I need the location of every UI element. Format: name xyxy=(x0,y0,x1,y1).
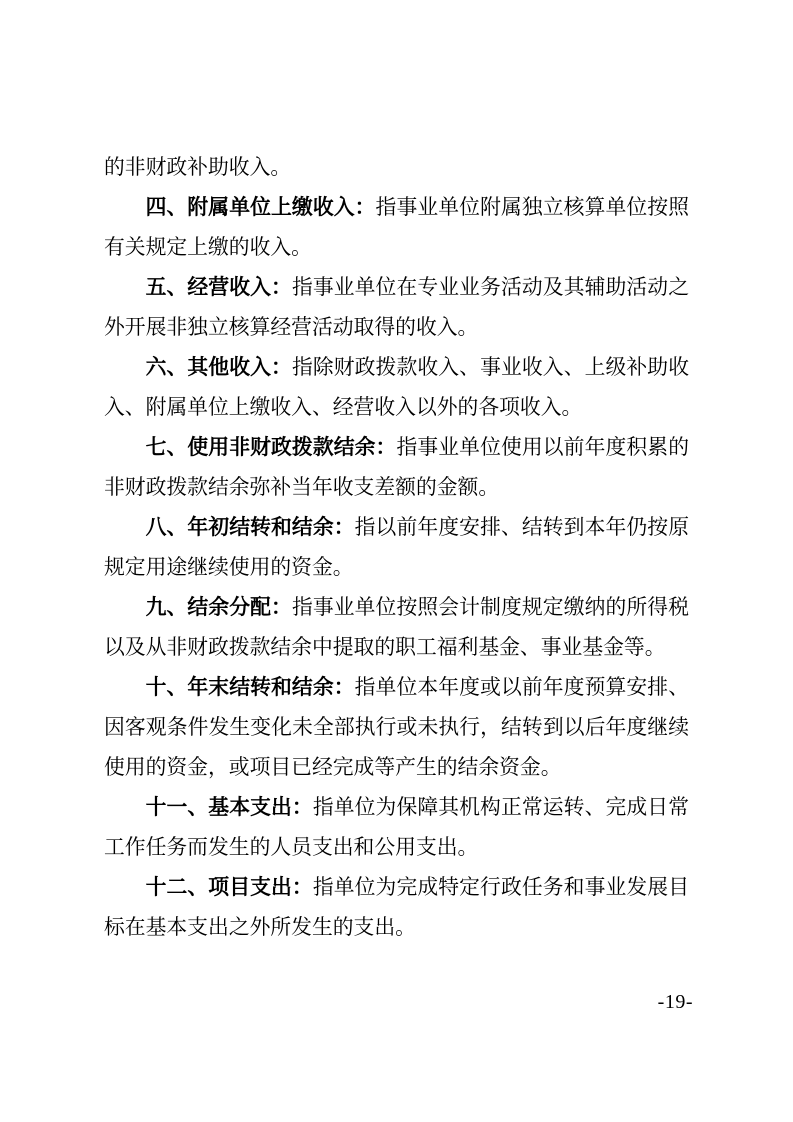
term-heading: 五、经营收入： xyxy=(146,276,292,299)
paragraph-item-5: 五、经营收入：指事业单位在专业业务活动及其辅助活动之外开展非独立核算经营活动取得… xyxy=(104,268,689,348)
document-page: 的非财政补助收入。 四、附属单位上缴收入：指事业单位附属独立核算单位按照有关规定… xyxy=(0,0,793,1122)
term-heading: 四、附属单位上缴收入： xyxy=(146,196,376,219)
paragraph-continuation: 的非财政补助收入。 xyxy=(104,148,689,188)
paragraph-item-4: 四、附属单位上缴收入：指事业单位附属独立核算单位按照有关规定上缴的收入。 xyxy=(104,188,689,268)
term-heading: 八、年初结转和结余： xyxy=(146,516,355,539)
term-heading: 七、使用非财政拨款结余： xyxy=(146,436,397,459)
paragraph-item-8: 八、年初结转和结余：指以前年度安排、结转到本年仍按原规定用途继续使用的资金。 xyxy=(104,508,689,588)
paragraph-item-7: 七、使用非财政拨款结余：指事业单位使用以前年度积累的非财政拨款结余弥补当年收支差… xyxy=(104,428,689,508)
term-heading: 十一、基本支出： xyxy=(146,796,313,819)
term-heading: 十二、项目支出： xyxy=(146,876,313,899)
paragraph-item-12: 十二、项目支出：指单位为完成特定行政任务和事业发展目标在基本支出之外所发生的支出… xyxy=(104,868,689,948)
term-heading: 十、年末结转和结余： xyxy=(146,676,355,699)
paragraph-item-10: 十、年末结转和结余：指单位本年度或以前年度预算安排、因客观条件发生变化未全部执行… xyxy=(104,668,689,788)
page-body-text: 的非财政补助收入。 四、附属单位上缴收入：指事业单位附属独立核算单位按照有关规定… xyxy=(104,148,689,948)
term-heading: 九、结余分配： xyxy=(146,596,292,619)
paragraph-text: 的非财政补助收入。 xyxy=(104,156,291,179)
paragraph-item-6: 六、其他收入：指除财政拨款收入、事业收入、上级补助收入、附属单位上缴收入、经营收… xyxy=(104,348,689,428)
page-number: -19- xyxy=(658,990,693,1014)
term-heading: 六、其他收入： xyxy=(146,356,292,379)
paragraph-item-9: 九、结余分配：指事业单位按照会计制度规定缴纳的所得税以及从非财政拨款结余中提取的… xyxy=(104,588,689,668)
paragraph-item-11: 十一、基本支出：指单位为保障其机构正常运转、完成日常工作任务而发生的人员支出和公… xyxy=(104,788,689,868)
